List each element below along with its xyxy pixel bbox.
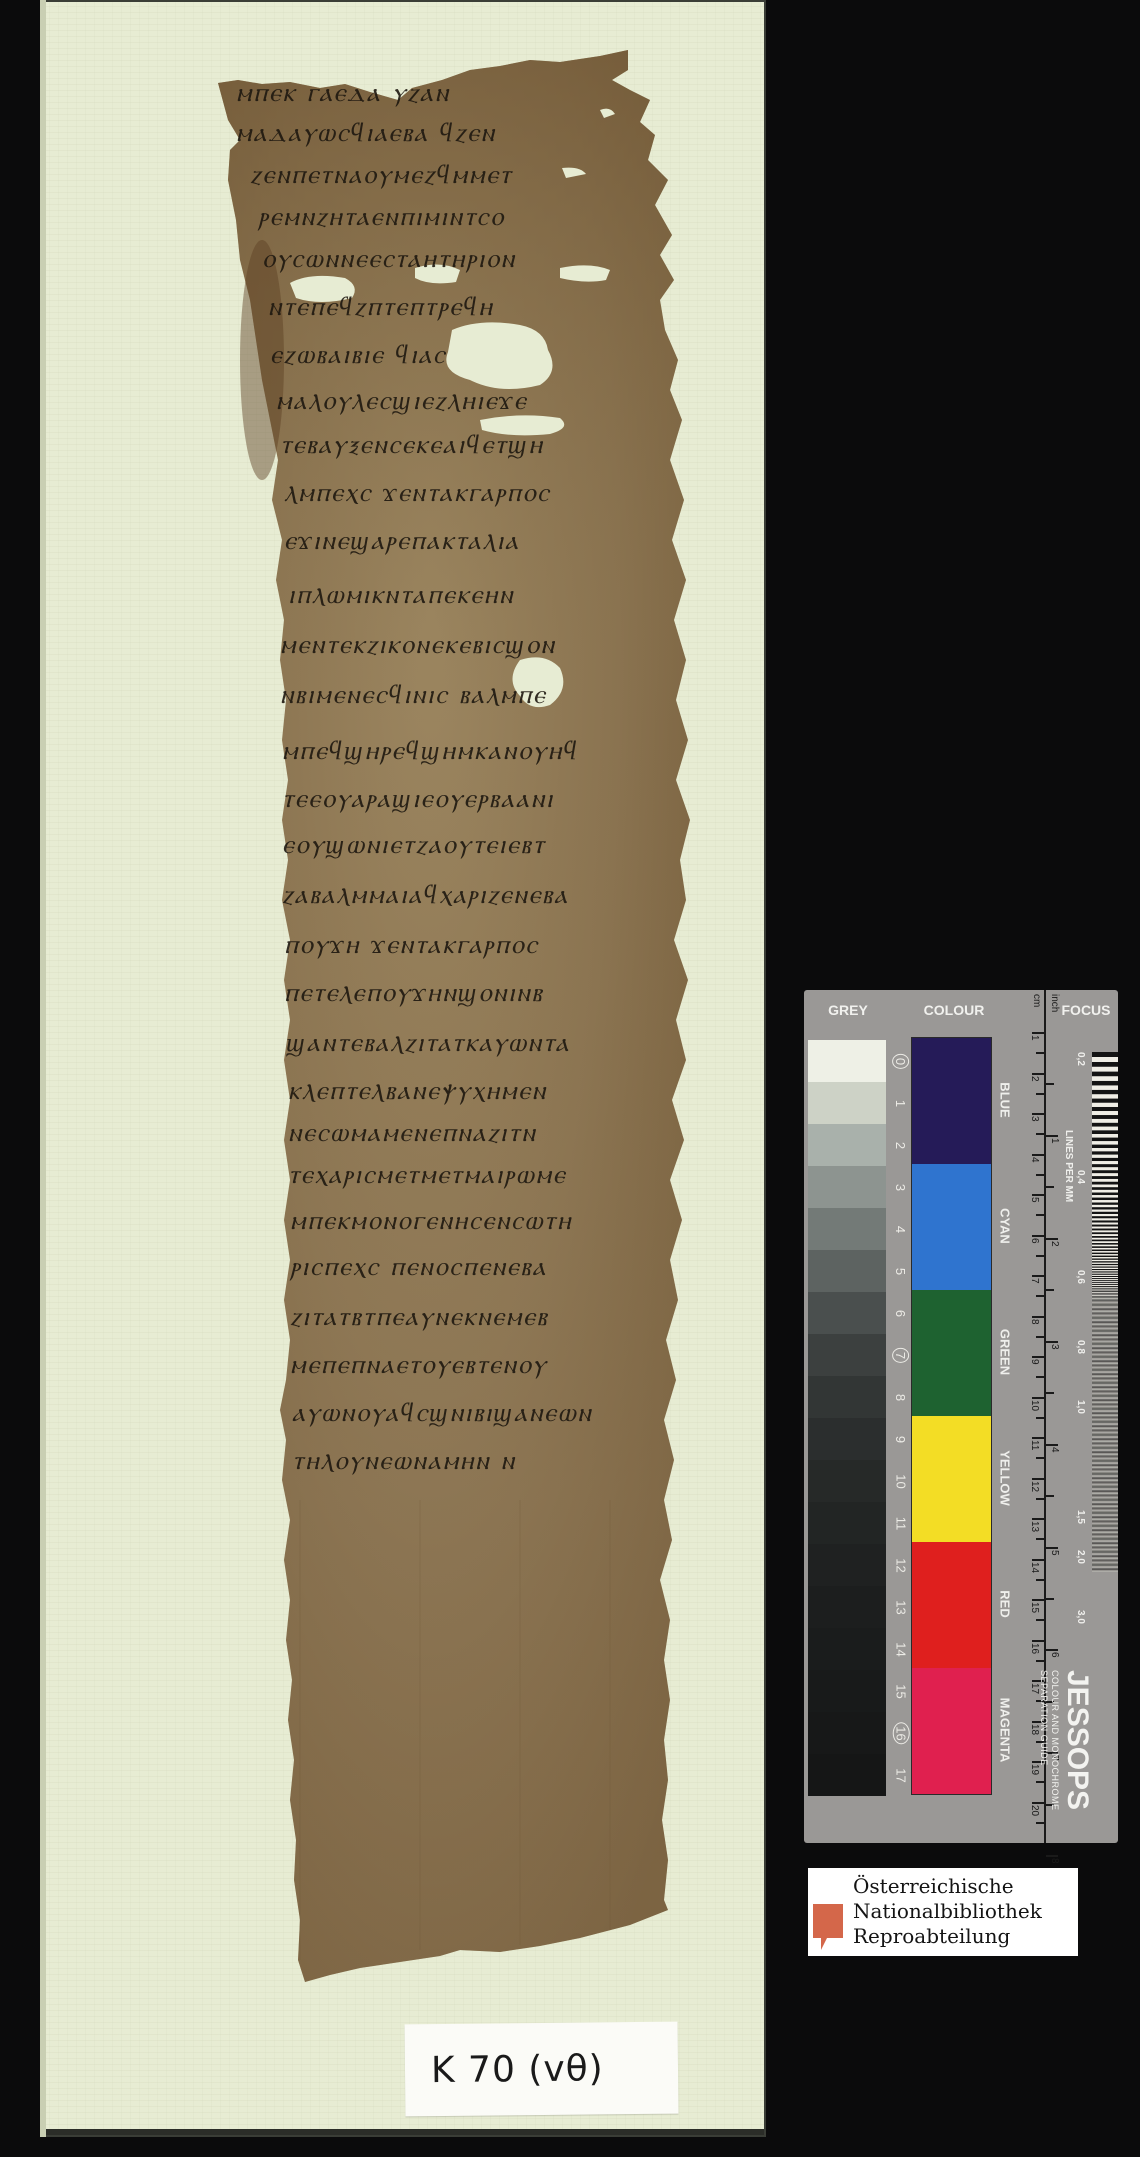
grey-patch: [808, 1250, 886, 1292]
text-line: ⲗⲙⲡⲉⲭⲥ ϫⲉⲛⲧⲁⲕⲅⲁⲣⲡⲟⲥ: [284, 478, 551, 509]
cm-half-tick: [1036, 1498, 1044, 1500]
cm-half-tick: [1036, 1214, 1044, 1216]
cm-tick-label: 13: [1029, 1521, 1040, 1532]
cm-half-tick: [1036, 1093, 1044, 1095]
text-line: ⲓⲡⲗⲱⲙⲓⲕⲛⲧⲁⲡⲉⲕⲉⲏⲛ: [288, 580, 514, 611]
cm-tick: [1032, 1559, 1044, 1561]
inch-tick-label: 4: [1049, 1447, 1060, 1453]
cm-tick-label: 9: [1029, 1359, 1040, 1365]
grey-patch: [808, 1460, 886, 1502]
text-line: ⲧⲏⲗⲟⲩⲛⲉⲱⲛⲁⲙⲏⲛ ⲛ: [292, 1446, 516, 1477]
text-line: ⲙⲡⲉϥϣⲏⲣⲉϥϣⲏⲙⲕⲁⲛⲟⲩⲏϥ: [282, 736, 579, 767]
cm-tick: [1032, 1275, 1044, 1277]
colour-patch-red: [912, 1542, 991, 1668]
grey-patch: [808, 1544, 886, 1586]
inch-half-tick: [1046, 1289, 1054, 1291]
text-line: ⲍⲓⲧⲁⲧⲃⲧⲡⲉⲁⲩⲛⲉⲕⲛⲉⲙⲉⲃ: [290, 1302, 549, 1333]
cm-tick: [1032, 1599, 1044, 1601]
grey-patch: [808, 1334, 886, 1376]
grey-patch: [808, 1586, 886, 1628]
cm-half-tick: [1036, 1822, 1044, 1824]
institution-logo: Österreichische Nationalbibliothek Repro…: [808, 1868, 1078, 1956]
cm-half-tick: [1036, 1538, 1044, 1540]
grey-patch: [808, 1040, 886, 1082]
cm-half-tick: [1036, 1255, 1044, 1257]
grey-patch: [808, 1418, 886, 1460]
inch-half-tick: [1046, 1186, 1054, 1188]
cm-half-tick: [1036, 1295, 1044, 1297]
cm-half-tick: [1036, 1376, 1044, 1378]
colour-name: CYAN: [994, 1163, 1016, 1289]
cm-tick: [1032, 1478, 1044, 1480]
focus-mark-label: 3,0: [1075, 1610, 1086, 1624]
cm-tick: [1032, 1032, 1044, 1034]
text-line: ⲙⲡⲉⲕ ⲅⲁⲉⲇⲁ ⲩⲍⲁⲛ: [236, 78, 450, 109]
text-line: ⲙⲉⲡⲉⲡⲛⲁⲉⲧⲟⲩⲉⲃⲧⲉⲛⲟⲩ: [290, 1350, 548, 1381]
colour-patch-yellow: [912, 1416, 991, 1542]
text-line: ϣⲁⲛⲧⲉⲃⲁⲗⲍⲓⲧⲁⲧⲕⲁⲩⲱⲛⲧⲁ: [286, 1028, 570, 1059]
cm-half-tick: [1036, 1174, 1044, 1176]
text-line: ⲙⲉⲛⲧⲉⲕⲍⲓⲕⲟⲛⲉⲕⲉⲃⲓⲥϣⲟⲛ: [280, 630, 556, 661]
cm-tick: [1032, 1154, 1044, 1156]
grey-patch: [808, 1292, 886, 1334]
colour-name: BLUE: [994, 1037, 1016, 1163]
grey-patch: [808, 1208, 886, 1250]
cm-tick-label: 15: [1029, 1602, 1040, 1613]
grey-header: GREY: [808, 990, 888, 1030]
onb-logo-icon: [813, 1904, 843, 1952]
text-line: ⲙⲁⲇⲁⲩⲱⲥϥⲓⲁⲉⲃⲁ ϥⲍⲉⲛ: [236, 118, 496, 149]
focus-mark-label: 0,4: [1075, 1170, 1086, 1184]
grey-patch: [808, 1124, 886, 1166]
cm-tick-label: 5: [1029, 1197, 1040, 1203]
focus-mark-label: 1,5: [1075, 1510, 1086, 1524]
grey-patch: [808, 1082, 886, 1124]
cm-half-tick: [1036, 1336, 1044, 1338]
brand-subtitle: SEPARATION GUIDE: [1038, 1670, 1049, 1811]
inch-tick: [1046, 1341, 1058, 1343]
text-line: ⲡⲉⲧⲉⲗⲉⲡⲟⲩϫⲏⲛϣⲟⲛⲓⲛⲃ: [284, 978, 544, 1009]
text-line: ⲣⲉⲙⲛⲍⲏⲧⲁⲉⲛⲡⲓⲙⲓⲛⲧⲥⲟ: [258, 202, 505, 233]
cm-tick-label: 8: [1029, 1319, 1040, 1325]
inch-half-tick: [1046, 1495, 1054, 1497]
cm-tick-label: 4: [1029, 1157, 1040, 1163]
colour-name: RED: [994, 1541, 1016, 1667]
inch-tick-label: 1: [1049, 1138, 1060, 1144]
cm-tick: [1032, 1356, 1044, 1358]
grey-patch: [808, 1754, 886, 1796]
cm-tick: [1032, 1113, 1044, 1115]
cm-half-tick: [1036, 1052, 1044, 1054]
brand-subtitle: COLOUR AND MONOCHROME: [1049, 1670, 1060, 1811]
inch-half-tick: [1046, 1083, 1054, 1085]
inch-tick: [1046, 1135, 1058, 1137]
text-line: ⲧⲉⲭⲁⲣⲓⲥⲙⲉⲧⲙⲉⲧⲙⲁⲓⲣⲱⲙⲉ: [288, 1160, 566, 1191]
text-line: ⲟⲩⲥⲱⲛⲛⲉⲉⲥⲧⲁⲏⲧⲏⲣⲓⲟⲛ: [262, 244, 516, 275]
cm-label: cm: [1031, 994, 1042, 1007]
text-line: ⲁⲩⲱⲛⲟⲩⲁϥⲥϣⲛⲓⲃⲓϣⲁⲛⲉⲱⲛ: [292, 1398, 593, 1429]
inch-tick: [1046, 1855, 1058, 1857]
text-line: ⲛⲉⲥⲱⲙⲁⲙⲉⲛⲉⲡⲛⲁⲍⲓⲧⲛ: [288, 1118, 537, 1149]
cm-tick: [1032, 1397, 1044, 1399]
cm-half-tick: [1036, 1619, 1044, 1621]
grey-patch: [808, 1166, 886, 1208]
text-line: ⲉⲟⲩϣⲱⲛⲓⲉⲧⲍⲁⲟⲩⲧⲉⲓⲉⲃⲧ: [282, 830, 546, 861]
text-line: ⲙⲁⲗⲟⲩⲗⲉⲥϣⲓⲉⲍⲗⲏⲓⲉϫⲉ: [276, 386, 527, 417]
focus-mark-label: 0,6: [1075, 1270, 1086, 1284]
focus-resolution-bars: [1092, 1052, 1118, 1572]
cm-tick-label: 1: [1029, 1035, 1040, 1041]
focus-mark-label: 0,2: [1075, 1052, 1086, 1066]
grey-patch: [808, 1502, 886, 1544]
cm-tick: [1032, 1518, 1044, 1520]
cm-tick: [1032, 1073, 1044, 1075]
cm-tick-label: 6: [1029, 1238, 1040, 1244]
inch-label: inch: [1049, 994, 1060, 1012]
cm-half-tick: [1036, 1133, 1044, 1135]
grey-patch: [808, 1670, 886, 1712]
cm-tick: [1032, 1194, 1044, 1196]
cm-half-tick: [1036, 1660, 1044, 1662]
text-line: ⲣⲓⲥⲡⲉⲭⲥ ⲡⲉⲛⲟⲥⲡⲉⲛⲉⲃⲁ: [290, 1252, 547, 1283]
inch-tick-label: 8: [1049, 1858, 1060, 1864]
text-line: ⲧⲉⲉⲟⲩⲁⲣⲁϣⲓⲉⲟⲩⲉⲣⲃⲁⲁⲛⲓ: [282, 784, 554, 815]
inch-tick-label: 6: [1049, 1652, 1060, 1658]
colour-names: BLUECYANGREENYELLOWREDMAGENTA: [994, 1037, 1016, 1793]
colour-patch-blue: [912, 1038, 991, 1164]
logo-line-1: Österreichische: [853, 1874, 1042, 1899]
focus-unit-label: LINES PER MM: [1063, 1130, 1074, 1202]
cm-half-tick: [1036, 1579, 1044, 1581]
inch-half-tick: [1046, 1392, 1054, 1394]
colour-name: YELLOW: [994, 1415, 1016, 1541]
cm-tick-label: 3: [1029, 1116, 1040, 1122]
grey-patch: [808, 1628, 886, 1670]
text-line: ⲉⲍⲱⲃⲁⲓⲃⲓⲉ ϥⲓⲁⲥ: [270, 340, 446, 371]
cm-tick-label: 14: [1029, 1562, 1040, 1573]
cm-tick-label: 16: [1029, 1643, 1040, 1654]
focus-mark-label: 2,0: [1075, 1550, 1086, 1564]
inch-half-tick: [1046, 1598, 1054, 1600]
colour-name: MAGENTA: [994, 1667, 1016, 1793]
shelfmark-text: K 70 (vθ): [431, 2048, 604, 2091]
colour-patches: [911, 1037, 992, 1795]
focus-mark-label: 1,0: [1075, 1400, 1086, 1414]
colour-header: COLOUR: [904, 990, 1004, 1030]
focus-mark-label: 0,8: [1075, 1340, 1086, 1354]
inch-tick: [1046, 1238, 1058, 1240]
inch-tick-label: 3: [1049, 1344, 1060, 1350]
cm-tick-label: 12: [1029, 1481, 1040, 1492]
jessops-brand: JESSOPS COLOUR AND MONOCHROME SEPARATION…: [1038, 1670, 1094, 1811]
colour-reference-card: GREY COLOUR FOCUS 0123456789101112131415…: [804, 990, 1118, 1843]
cm-half-tick: [1036, 1417, 1044, 1419]
cm-tick-label: 11: [1029, 1440, 1040, 1450]
grey-patch: [808, 1712, 886, 1754]
text-line: ⲉϫⲓⲛⲉϣⲁⲣⲉⲡⲁⲕⲧⲁⲗⲓⲁ: [284, 526, 520, 557]
text-line: ⲧⲉⲃⲁⲩⲝⲉⲛⲥⲉⲕⲉⲁⲓϥⲉⲧϣⲏ: [280, 430, 544, 461]
colour-patch-magenta: [912, 1668, 991, 1794]
colour-patch-cyan: [912, 1164, 991, 1290]
logo-line-2: Nationalbibliothek: [853, 1899, 1042, 1924]
cm-tick: [1032, 1640, 1044, 1642]
shelfmark-label: K 70 (vθ): [405, 2022, 679, 2117]
inch-tick-label: 5: [1049, 1550, 1060, 1556]
cm-tick: [1032, 1235, 1044, 1237]
text-line: ⲕⲗⲉⲡⲧⲉⲗⲃⲁⲛⲉⲯⲩⲭⲏⲙⲉⲛ: [288, 1076, 547, 1107]
colour-name: GREEN: [994, 1289, 1016, 1415]
text-line: ⲡⲟⲩϫⲏ ϫⲉⲛⲧⲁⲕⲅⲁⲣⲡⲟⲥ: [284, 930, 539, 961]
inch-tick-label: 2: [1049, 1241, 1060, 1247]
colour-patch-green: [912, 1290, 991, 1416]
inch-tick: [1046, 1547, 1058, 1549]
text-line: ⲙⲡⲉⲕⲙⲟⲛⲟⲅⲉⲛⲏⲥⲉⲛⲥⲱⲧⲏ: [290, 1206, 572, 1237]
inch-tick: [1046, 1444, 1058, 1446]
cm-tick-label: 10: [1029, 1400, 1040, 1411]
grey-patch: [808, 1376, 886, 1418]
focus-header: FOCUS: [1054, 990, 1118, 1030]
text-line: ⲍⲉⲛⲡⲉⲧⲛⲁⲟⲩⲙⲉⲍϥⲙⲙⲉⲧ: [250, 160, 513, 191]
text-line: ⲛⲃⲓⲙⲉⲛⲉⲥϥⲓⲛⲓⲥ ⲃⲁⲗⲙⲡⲉ: [280, 680, 547, 711]
text-line: ⲛⲧⲉⲡⲉϥⲍⲡⲧⲉⲡⲧⲣⲉϥⲏ: [268, 292, 494, 323]
cm-tick-label: 7: [1029, 1278, 1040, 1284]
text-line: ⲍⲁⲃⲁⲗⲙⲙⲁⲓⲁϥⲭⲁⲣⲓⲍⲉⲛⲉⲃⲁ: [282, 880, 569, 911]
grey-scale: [808, 1040, 886, 1796]
cm-tick: [1032, 1316, 1044, 1318]
brand-name: JESSOPS: [1060, 1670, 1094, 1811]
logo-line-3: Reproabteilung: [853, 1924, 1042, 1949]
cm-half-tick: [1036, 1457, 1044, 1459]
cm-tick: [1032, 1437, 1044, 1439]
cm-tick-label: 2: [1029, 1076, 1040, 1082]
